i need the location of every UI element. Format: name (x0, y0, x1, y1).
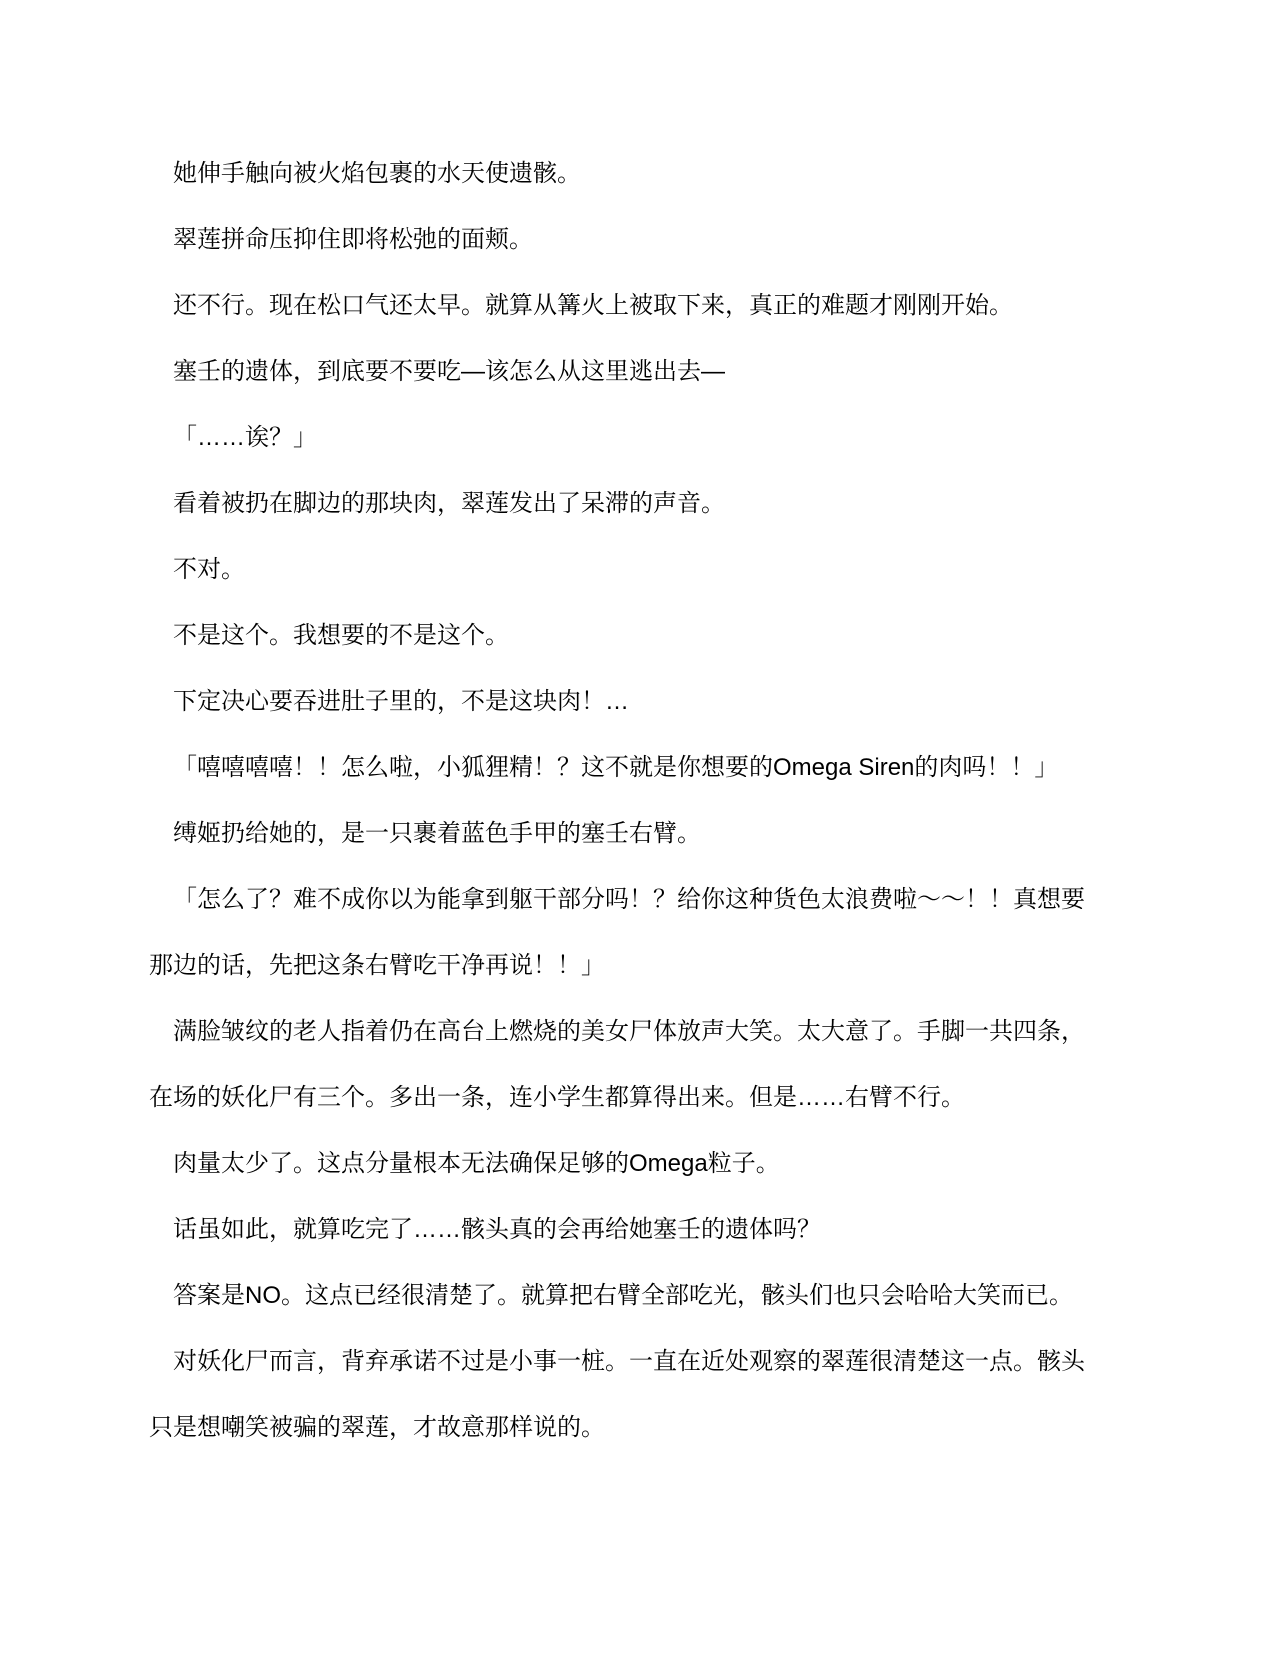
paragraph: 对妖化尸而言，背弃承诺不过是小事一桩。一直在近处观察的翠莲很清楚这一点。骸头只是… (149, 1329, 1099, 1461)
novel-page: 她伸手触向被火焰包裹的水天使遗骸。 翠莲拼命压抑住即将松弛的面颊。 还不行。现在… (0, 0, 1280, 1656)
novel-text-block: 她伸手触向被火焰包裹的水天使遗骸。 翠莲拼命压抑住即将松弛的面颊。 还不行。现在… (149, 141, 1099, 1461)
paragraph: 塞壬的遗体，到底要不要吃—该怎么从这里逃出去— (149, 339, 1099, 405)
paragraph: 满脸皱纹的老人指着仍在高台上燃烧的美女尸体放声大笑。太大意了。手脚一共四条，在场… (149, 999, 1099, 1131)
paragraph: 不对。 (149, 537, 1099, 603)
paragraph: 还不行。现在松口气还太早。就算从篝火上被取下来，真正的难题才刚刚开始。 (149, 273, 1099, 339)
paragraph: 不是这个。我想要的不是这个。 (149, 603, 1099, 669)
paragraph-dialogue: 「嘻嘻嘻嘻！！怎么啦，小狐狸精！？这不就是你想要的Omega Siren的肉吗！… (149, 735, 1099, 801)
paragraph-dialogue: 「……诶？」 (149, 405, 1099, 471)
paragraph: 看着被扔在脚边的那块肉，翠莲发出了呆滞的声音。 (149, 471, 1099, 537)
paragraph: 答案是NO。这点已经很清楚了。就算把右臂全部吃光，骸头们也只会哈哈大笑而已。 (149, 1263, 1099, 1329)
paragraph: 缚姬扔给她的，是一只裹着蓝色手甲的塞壬右臂。 (149, 801, 1099, 867)
paragraph: 肉量太少了。这点分量根本无法确保足够的Omega粒子。 (149, 1131, 1099, 1197)
paragraph-dialogue: 「怎么了？难不成你以为能拿到躯干部分吗！？给你这种货色太浪费啦～～！！真想要那边… (149, 867, 1099, 999)
paragraph: 她伸手触向被火焰包裹的水天使遗骸。 (149, 141, 1099, 207)
paragraph: 翠莲拼命压抑住即将松弛的面颊。 (149, 207, 1099, 273)
paragraph: 下定决心要吞进肚子里的，不是这块肉！… (149, 669, 1099, 735)
paragraph: 话虽如此，就算吃完了……骸头真的会再给她塞壬的遗体吗？ (149, 1197, 1099, 1263)
